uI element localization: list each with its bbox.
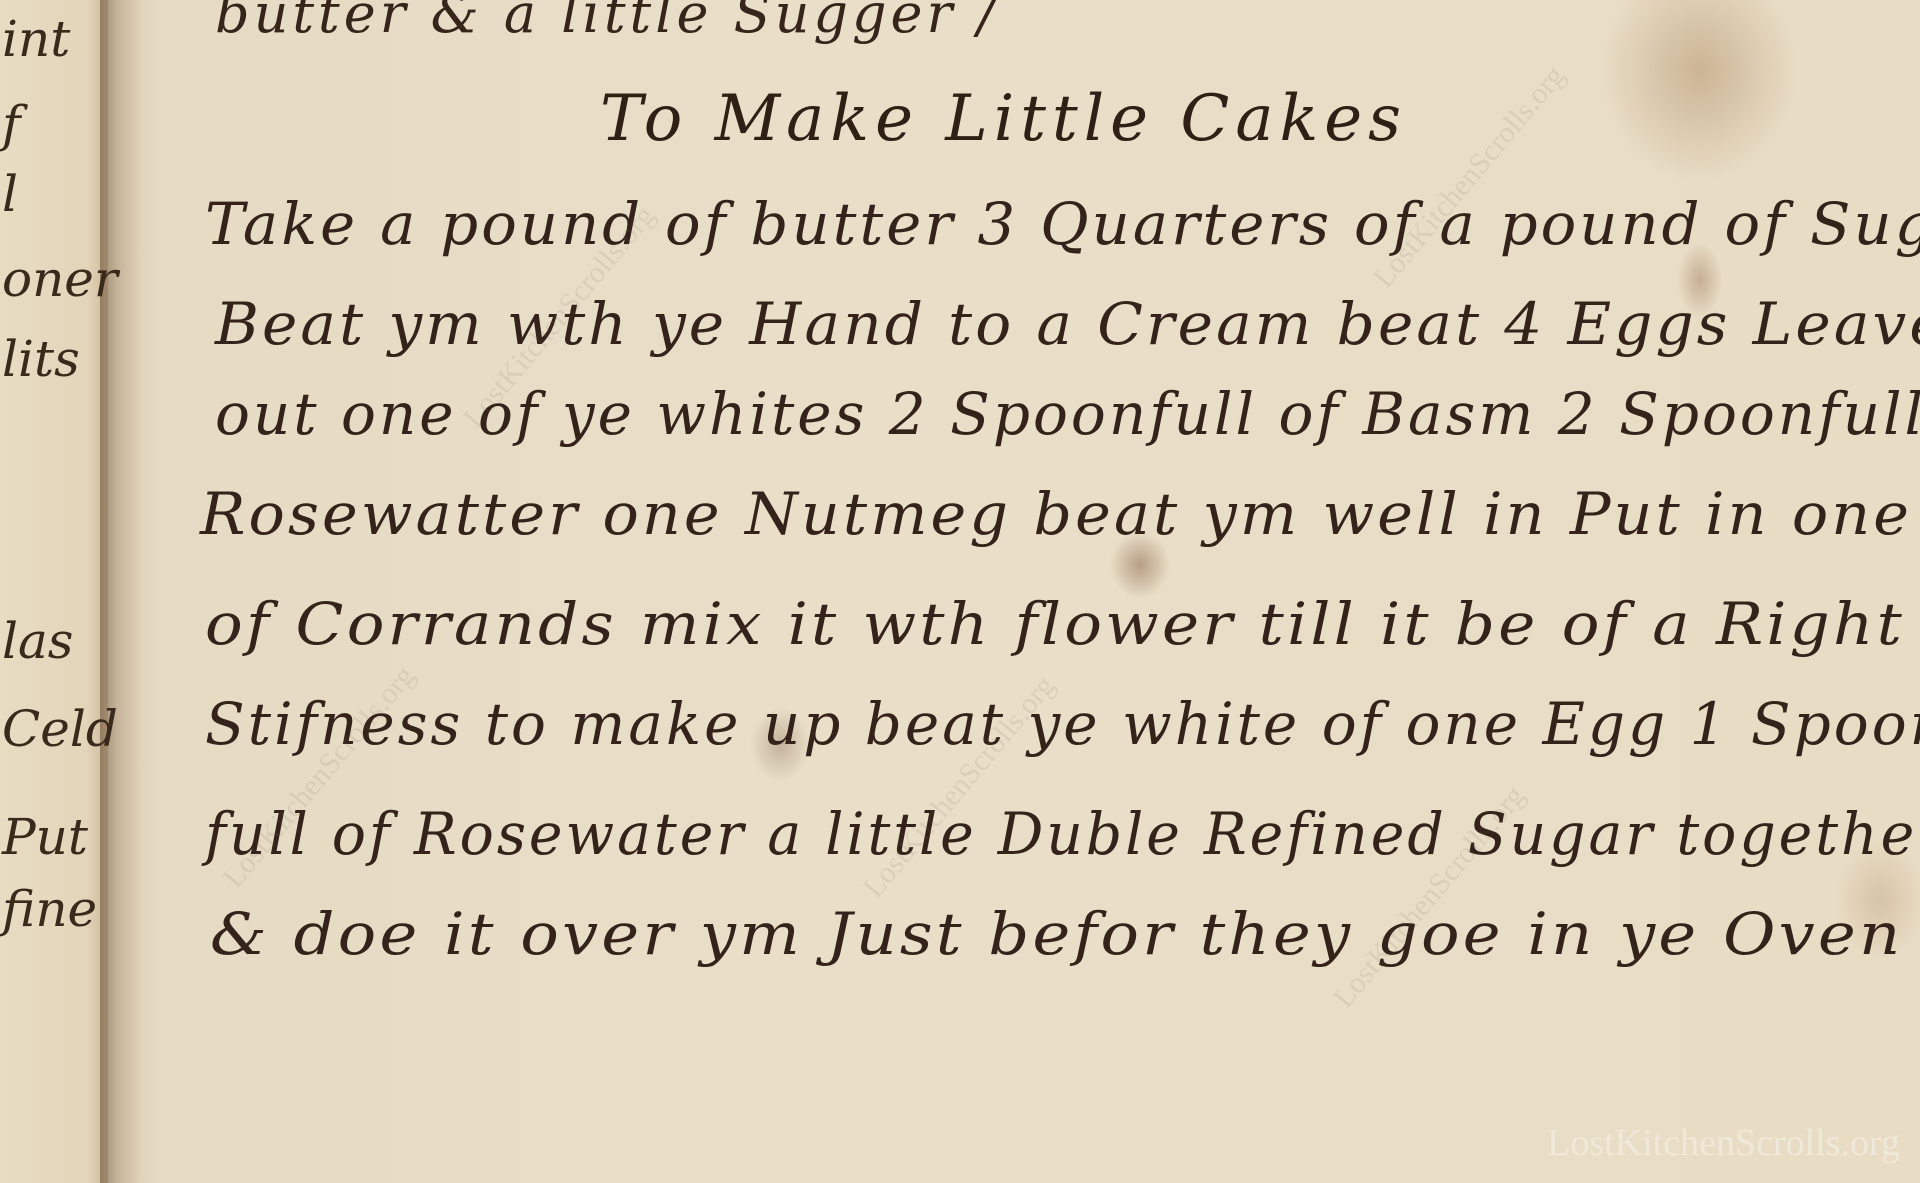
recipe-line: Take a pound of butter 3 Quarters of a p… bbox=[205, 190, 1920, 258]
recipe-title: To Make Little Cakes bbox=[600, 82, 1407, 156]
left-fragment: oner bbox=[2, 250, 118, 308]
left-fragment: Put bbox=[2, 808, 88, 866]
recipe-line: & doe it over ym Just befor they goe in … bbox=[210, 900, 1903, 968]
left-fragment: fine bbox=[2, 880, 97, 938]
watermark-corner: LostKitchenScrolls.org bbox=[1547, 1121, 1900, 1165]
left-fragment: las bbox=[2, 612, 73, 670]
recipe-line: Beat ym wth ye Hand to a Cream beat 4 Eg… bbox=[215, 290, 1920, 358]
left-fragment: l bbox=[2, 165, 18, 223]
recipe-line: Stifness to make up beat ye white of one… bbox=[205, 690, 1920, 758]
left-fragment: int bbox=[2, 10, 70, 68]
recipe-line: Rosewatter one Nutmeg beat ym well in Pu… bbox=[200, 480, 1920, 548]
recipe-line: of Corrands mix it wth flower till it be… bbox=[205, 590, 1905, 658]
left-fragment: lits bbox=[2, 330, 80, 388]
previous-recipe-tail: butter & a little Sugger / bbox=[215, 0, 1000, 45]
book-gutter bbox=[100, 0, 160, 1183]
recipe-line: full of Rosewater a little Duble Refined… bbox=[205, 800, 1920, 868]
left-fragment: f bbox=[2, 95, 21, 153]
left-fragment: Celd bbox=[2, 700, 118, 758]
